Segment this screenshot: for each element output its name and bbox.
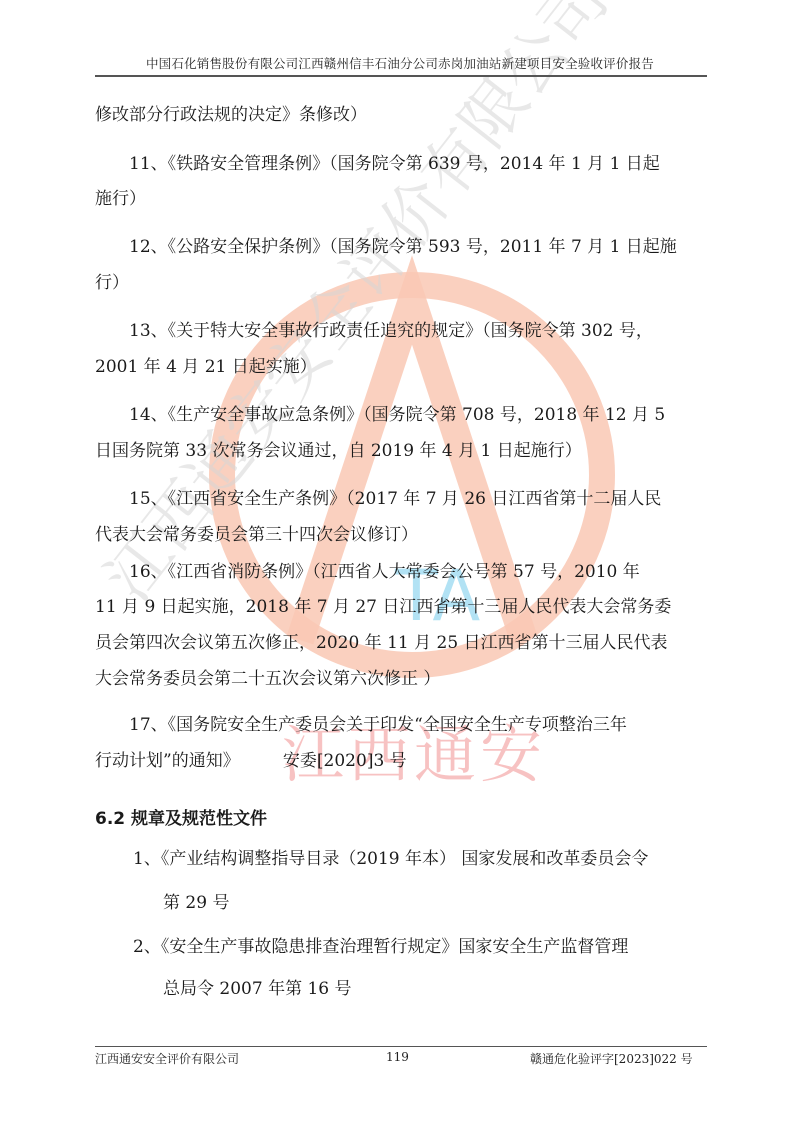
paragraph-line: 日国务院第 33 次常务会议通过，自 2019 年 4 月 1 日起施行） [95,441,582,461]
paragraph-line: 员会第四次会议第五次修正，2020 年 11 月 25 日江西省第十三届人民代表 [95,633,668,653]
paragraph-line: 14、《生产安全事故应急条例》（国务院令第 708 号，2018 年 12 月 … [129,405,665,425]
paragraph-line: 修改部分行政法规的决定》条修改） [95,105,367,125]
header-divider [95,75,707,77]
paragraph-line: 大会常务委员会第二十五次会议第六次修正 ） [95,669,440,689]
paragraph-line: 16、《江西省消防条例》（江西省人大常委会公号第 57 号，2010 年 [129,562,640,582]
paragraph-line: 施行） [95,189,146,209]
paragraph-line: 2001 年 4 月 21 日起实施） [95,357,317,377]
footer-company: 江西通安安全评价有限公司 [95,1050,239,1067]
list-item: 2、《安全生产事故隐患排查治理暂行规定》国家安全生产监督管理 [133,937,628,957]
paragraph-line: 13、《关于特大安全事故行政责任追究的规定》（国务院令第 302 号， [129,321,653,341]
paragraph-line: 行） [95,273,129,293]
page-number: 119 [386,1050,409,1064]
page-header: 中国石化销售股份有限公司江西赣州信丰石油分公司赤岗加油站新建项目安全验收评价报告 [95,54,705,72]
paragraph-line: 11 月 9 日起实施，2018 年 7 月 27 日江西省第十三届人民代表大会… [95,597,671,617]
paragraph-line: 代表大会常务委员会第三十四次会议修订） [95,525,418,545]
document-number: 赣通危化验评字[2023]022 号 [530,1050,693,1067]
list-item-continuation: 第 29 号 [163,893,229,913]
section-title: 6.2 规章及规范性文件 [95,809,267,829]
paragraph-line: 17、《国务院安全生产委员会关于印发“全国安全生产专项整治三年 [129,715,627,735]
paragraph-line: 15、《江西省安全生产条例》（2017 年 7 月 26 日江西省第十二届人民 [129,489,661,509]
footer-divider [95,1046,707,1047]
list-item: 1、《产业结构调整指导目录（2019 年本） 国家发展和改革委员会令 [133,849,648,869]
list-item-continuation: 总局令 2007 年第 16 号 [163,979,352,999]
paragraph-line: 12、《公路安全保护条例》（国务院令第 593 号，2011 年 7 月 1 日… [129,237,677,257]
paragraph-line: 行动计划”的通知》 安委[2020]3 号 [95,751,407,771]
paragraph-line: 11、《铁路安全管理条例》（国务院令第 639 号，2014 年 1 月 1 日… [129,154,660,174]
